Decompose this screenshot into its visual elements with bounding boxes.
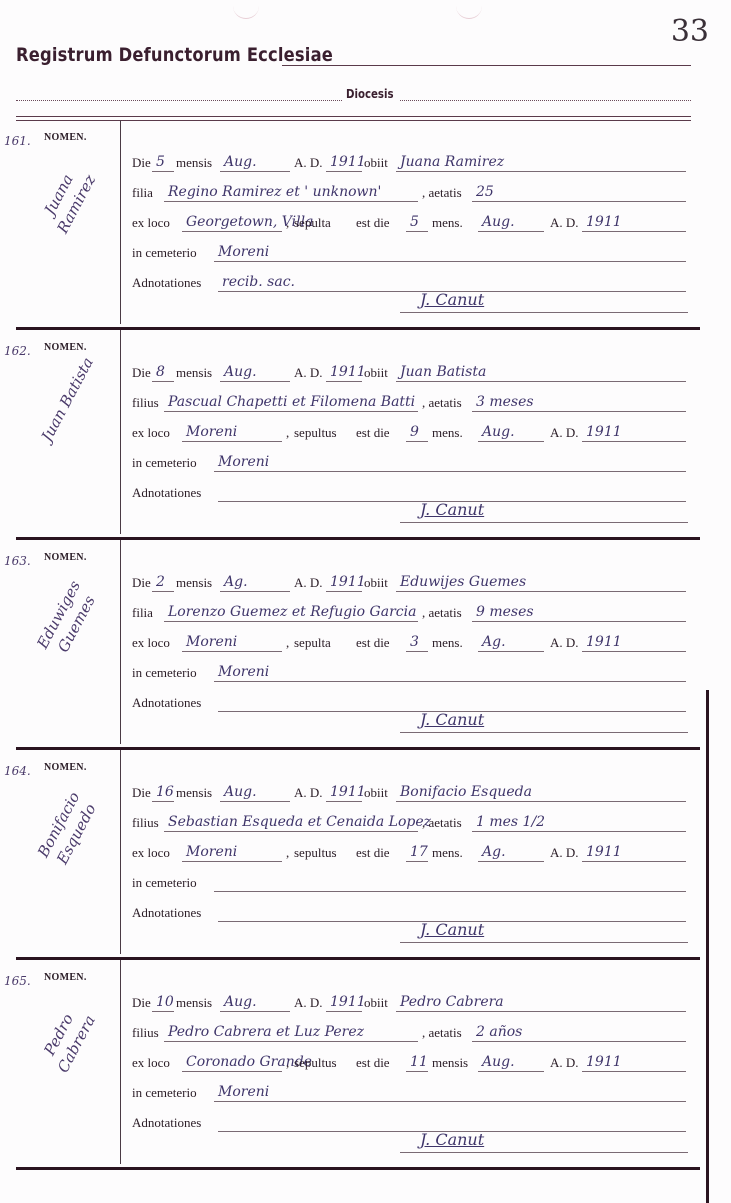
cemetery-field[interactable] <box>214 1083 686 1102</box>
filius-label: filia <box>132 185 153 201</box>
die-label: Die <box>132 155 151 171</box>
place-field-value: Moreni <box>186 424 237 440</box>
burial-month-field-value: Aug. <box>482 1054 515 1070</box>
line-death-date: Die10mensisAug.A. D.1911obiitPedro Cabre… <box>132 990 688 1014</box>
comma: , <box>286 425 289 441</box>
line-burial: ex locoGeorgetown, Villa,sepultaest die5… <box>132 210 688 234</box>
line-cemetery: in cemeterio <box>132 870 688 894</box>
line-cemetery: in cemeterioMoreni <box>132 240 688 264</box>
cemeterio-label: in cemeterio <box>132 245 197 261</box>
age-field-value: 9 meses <box>476 604 534 620</box>
line-parents: filiusPascual Chapetti et Filomena Batti… <box>132 390 688 414</box>
age-field-value: 2 años <box>476 1024 522 1040</box>
est-die-label: est die <box>356 635 390 651</box>
margin-name: Eduwiges Guemes <box>27 566 108 673</box>
ad-label: A. D. <box>294 785 323 801</box>
obiit-label: obiit <box>364 785 388 801</box>
burial-year-field-value: 1911 <box>586 424 622 440</box>
parents-field-value: Lorenzo Guemez et Refugio Garcia <box>168 604 416 620</box>
burial-day-field-value: 17 <box>410 844 428 860</box>
deceased-name-field-value: Pedro Cabrera <box>400 994 504 1010</box>
ad-label: A. D. <box>294 365 323 381</box>
filius-label: filius <box>132 1025 159 1041</box>
adnotationes-label: Adnotationes <box>132 695 201 711</box>
line-burial: ex locoMoreni,sepultusest die9mens.Aug.A… <box>132 420 688 444</box>
line-notes: Adnotationes <box>132 900 688 924</box>
est-die-label: est die <box>356 1055 390 1071</box>
ad-label: A. D. <box>294 155 323 171</box>
line-parents: filiaLorenzo Guemez et Refugio Garcia, a… <box>132 600 688 624</box>
cemeterio-label: in cemeterio <box>132 665 197 681</box>
line-burial: ex locoCoronado Grande,sepultusest die11… <box>132 1050 688 1074</box>
burial-year-field-value: 1911 <box>586 1054 622 1070</box>
line-parents: filiusSebastian Esqueda et Cenaida Lopez… <box>132 810 688 834</box>
signature-line <box>400 312 688 313</box>
mensis-label: mensis <box>176 785 212 801</box>
record-separator-rule <box>16 1167 700 1170</box>
priest-signature: J. Canut <box>420 1130 484 1149</box>
death-year-field-value: 1911 <box>330 574 366 590</box>
page-number: 33 <box>671 14 709 49</box>
death-day-field-value: 2 <box>156 574 165 590</box>
death-year-field-value: 1911 <box>330 154 366 170</box>
line-cemetery: in cemeterioMoreni <box>132 660 688 684</box>
mens-label: mens. <box>432 635 463 651</box>
burial-year-field-value: 1911 <box>586 214 622 230</box>
priest-signature: J. Canut <box>420 290 484 309</box>
death-month-field-value: Aug. <box>224 784 257 800</box>
margin-name: Bonifacio Esquedo <box>27 776 108 883</box>
die-label: Die <box>132 365 151 381</box>
diocesis-label: Diocesis <box>346 87 394 101</box>
adnotationes-label: Adnotationes <box>132 275 201 291</box>
line-death-date: Die16mensisAug.A. D.1911obiitBonifacio E… <box>132 780 688 804</box>
margin-name: Juana Ramirez <box>27 146 108 253</box>
parents-field-value: Pedro Cabrera et Luz Perez <box>168 1024 364 1040</box>
parents-field-value: Regino Ramirez et ' unknown' <box>168 184 381 200</box>
death-record: 164.NOMEN.Bonifacio EsquedoDie16mensisAu… <box>0 750 700 960</box>
mensis-label: mensis <box>176 995 212 1011</box>
ad-label: A. D. <box>550 425 579 441</box>
deceased-name-field-value: Bonifacio Esqueda <box>400 784 532 800</box>
burial-year-field-value: 1911 <box>586 844 622 860</box>
column-divider <box>120 120 121 324</box>
age-field[interactable] <box>472 183 686 202</box>
die-label: Die <box>132 575 151 591</box>
aetatis-label: , aetatis <box>422 395 462 411</box>
column-divider <box>120 750 121 954</box>
deceased-name-field-value: Juana Ramirez <box>400 154 504 170</box>
aetatis-label: , aetatis <box>422 1025 462 1041</box>
record-number: 162. <box>4 344 31 358</box>
burial-month-field-value: Ag. <box>482 844 506 860</box>
filius-label: filius <box>132 815 159 831</box>
burial-day-field-value: 5 <box>410 214 419 230</box>
obiit-label: obiit <box>364 995 388 1011</box>
deceased-name-field-value: Eduwijes Guemes <box>400 574 526 590</box>
death-year-field-value: 1911 <box>330 994 366 1010</box>
cemetery-field-value: Moreni <box>218 664 269 680</box>
cemetery-field[interactable] <box>214 873 686 892</box>
place-field-value: Moreni <box>186 634 237 650</box>
line-burial: ex locoMoreni,sepultusest die17mens.Ag.A… <box>132 840 688 864</box>
ad-label: A. D. <box>550 1055 579 1071</box>
death-day-field-value: 5 <box>156 154 165 170</box>
line-parents: filiusPedro Cabrera et Luz Perez, aetati… <box>132 1020 688 1044</box>
age-field-value: 1 mes 1/2 <box>476 814 545 830</box>
line-cemetery: in cemeterioMoreni <box>132 1080 688 1104</box>
sepultus-label: sepultus <box>294 845 337 861</box>
ex-loco-label: ex loco <box>132 845 170 861</box>
record-number: 165. <box>4 974 31 988</box>
est-die-label: est die <box>356 425 390 441</box>
comma: , <box>286 845 289 861</box>
mens-label: mensis <box>432 1055 468 1071</box>
aetatis-label: , aetatis <box>422 185 462 201</box>
line-notes: Adnotationes <box>132 480 688 504</box>
age-field-value: 25 <box>476 184 494 200</box>
est-die-label: est die <box>356 845 390 861</box>
deceased-name-field-value: Juan Batista <box>400 364 486 380</box>
burial-year-field-value: 1911 <box>586 634 622 650</box>
ex-loco-label: ex loco <box>132 425 170 441</box>
mens-label: mens. <box>432 425 463 441</box>
parents-field-value: Sebastian Esqueda et Cenaida Lopez <box>168 814 431 830</box>
ad-label: A. D. <box>550 635 579 651</box>
line-notes: Adnotationes <box>132 1110 688 1134</box>
priest-signature: J. Canut <box>420 920 484 939</box>
cemetery-field-value: Moreni <box>218 244 269 260</box>
cemetery-field-value: Moreni <box>218 1084 269 1100</box>
death-year-field-value: 1911 <box>330 784 366 800</box>
column-divider <box>120 960 121 1164</box>
record-number: 163. <box>4 554 31 568</box>
cemetery-field-value: Moreni <box>218 454 269 470</box>
page-edge-rule <box>706 690 709 1203</box>
death-month-field-value: Ag. <box>224 574 248 590</box>
punch-hole-mark <box>233 2 259 19</box>
burial-day-field-value: 3 <box>410 634 419 650</box>
adnotationes-label: Adnotationes <box>132 905 201 921</box>
death-record: 162.NOMEN.Juan BatistaDie8mensisAug.A. D… <box>0 330 700 540</box>
cemeterio-label: in cemeterio <box>132 455 197 471</box>
mens-label: mens. <box>432 845 463 861</box>
ad-label: A. D. <box>550 845 579 861</box>
diocesis-fill-line-right <box>400 100 691 101</box>
comma: , <box>286 1055 289 1071</box>
line-death-date: Die8mensisAug.A. D.1911obiitJuan Batista <box>132 360 688 384</box>
cemetery-field[interactable] <box>214 243 686 262</box>
comma: , <box>286 215 289 231</box>
margin-name: Juan Batista <box>36 351 100 448</box>
margin-name: Pedro Cabrera <box>27 986 108 1093</box>
die-label: Die <box>132 785 151 801</box>
sepultus-label: sepultus <box>294 425 337 441</box>
place-field-value: Moreni <box>186 844 237 860</box>
filius-label: filia <box>132 605 153 621</box>
ecclesia-fill-line <box>282 65 691 66</box>
death-day-field-value: 16 <box>156 784 174 800</box>
punch-hole-mark <box>456 2 482 19</box>
mensis-label: mensis <box>176 365 212 381</box>
sepultus-label: sepulta <box>294 635 331 651</box>
adnotationes-label: Adnotationes <box>132 485 201 501</box>
ex-loco-label: ex loco <box>132 1055 170 1071</box>
obiit-label: obiit <box>364 155 388 171</box>
sepultus-label: sepultus <box>294 1055 337 1071</box>
column-divider <box>120 330 121 534</box>
burial-month-field-value: Aug. <box>482 214 515 230</box>
line-parents: filiaRegino Ramirez et ' unknown', aetat… <box>132 180 688 204</box>
filius-label: filius <box>132 395 159 411</box>
comma: , <box>286 635 289 651</box>
mensis-label: mensis <box>176 155 212 171</box>
obiit-label: obiit <box>364 575 388 591</box>
priest-signature: J. Canut <box>420 710 484 729</box>
death-month-field-value: Aug. <box>224 154 257 170</box>
burial-month-field-value: Ag. <box>482 634 506 650</box>
nomen-label: NOMEN. <box>44 132 87 143</box>
record-number: 161. <box>4 134 31 148</box>
age-field-value: 3 meses <box>476 394 534 410</box>
mensis-label: mensis <box>176 575 212 591</box>
est-die-label: est die <box>356 215 390 231</box>
nomen-label: NOMEN. <box>44 342 87 353</box>
death-record: 165.NOMEN.Pedro CabreraDie10mensisAug.A.… <box>0 960 700 1170</box>
aetatis-label: , aetatis <box>422 605 462 621</box>
column-divider <box>120 540 121 744</box>
notes-field-value: recib. sac. <box>222 274 295 290</box>
ad-label: A. D. <box>294 575 323 591</box>
die-label: Die <box>132 995 151 1011</box>
aetatis-label: , aetatis <box>422 815 462 831</box>
death-day-field-value: 10 <box>156 994 174 1010</box>
signature-line <box>400 942 688 943</box>
nomen-label: NOMEN. <box>44 762 87 773</box>
obiit-label: obiit <box>364 365 388 381</box>
line-death-date: Die5mensisAug.A. D.1911obiitJuana Ramire… <box>132 150 688 174</box>
line-notes: Adnotationes <box>132 690 688 714</box>
burial-day-field-value: 11 <box>410 1054 428 1070</box>
line-notes: Adnotationesrecib. sac. <box>132 270 688 294</box>
nomen-label: NOMEN. <box>44 972 87 983</box>
diocesis-fill-line-left <box>16 100 342 101</box>
ex-loco-label: ex loco <box>132 635 170 651</box>
death-year-field-value: 1911 <box>330 364 366 380</box>
signature-line <box>400 522 688 523</box>
sepultus-label: sepulta <box>294 215 331 231</box>
parents-field-value: Pascual Chapetti et Filomena Batti <box>168 394 415 410</box>
death-day-field-value: 8 <box>156 364 165 380</box>
signature-line <box>400 732 688 733</box>
burial-month-field-value: Aug. <box>482 424 515 440</box>
ad-label: A. D. <box>294 995 323 1011</box>
priest-signature: J. Canut <box>420 500 484 519</box>
death-record: 161.NOMEN.Juana RamirezDie5mensisAug.A. … <box>0 120 700 330</box>
line-death-date: Die2mensisAg.A. D.1911obiitEduwijes Guem… <box>132 570 688 594</box>
cemetery-field[interactable] <box>214 453 686 472</box>
register-title: Registrum Defunctorum Ecclesiae <box>16 44 333 66</box>
cemetery-field[interactable] <box>214 663 686 682</box>
cemeterio-label: in cemeterio <box>132 875 197 891</box>
line-burial: ex locoMoreni,sepultaest die3mens.Ag.A. … <box>132 630 688 654</box>
nomen-label: NOMEN. <box>44 552 87 563</box>
death-record: 163.NOMEN.Eduwiges GuemesDie2mensisAg.A.… <box>0 540 700 750</box>
cemeterio-label: in cemeterio <box>132 1085 197 1101</box>
death-month-field-value: Aug. <box>224 364 257 380</box>
death-month-field-value: Aug. <box>224 994 257 1010</box>
burial-day-field-value: 9 <box>410 424 419 440</box>
signature-line <box>400 1152 688 1153</box>
record-number: 164. <box>4 764 31 778</box>
ad-label: A. D. <box>550 215 579 231</box>
adnotationes-label: Adnotationes <box>132 1115 201 1131</box>
mens-label: mens. <box>432 215 463 231</box>
line-cemetery: in cemeterioMoreni <box>132 450 688 474</box>
ex-loco-label: ex loco <box>132 215 170 231</box>
